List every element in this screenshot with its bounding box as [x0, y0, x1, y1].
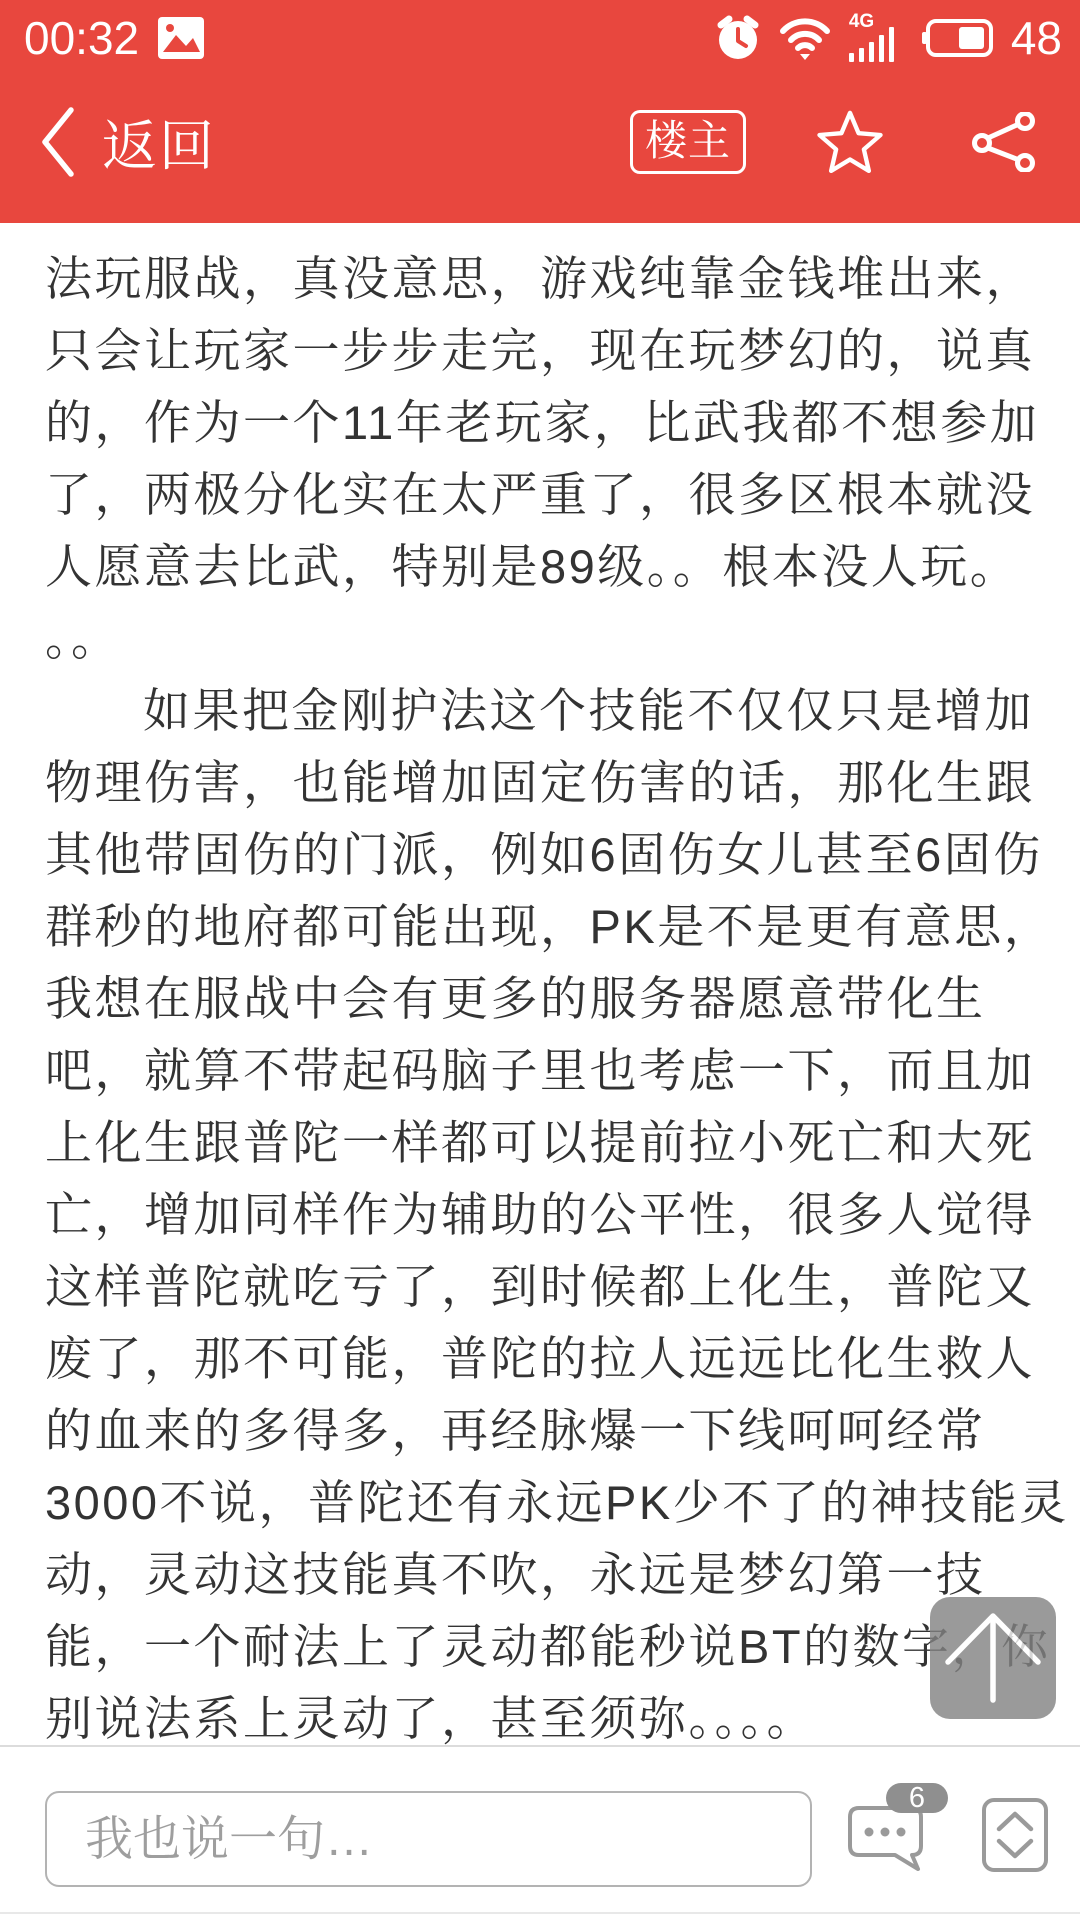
- post-text-line: 上化生跟普陀一样都可以提前拉小死亡和大死: [45, 1107, 1035, 1179]
- arrow-up-icon: [938, 1610, 1048, 1706]
- post-text-line: 其他带固伤的门派，例如6固伤女儿甚至6固伤: [45, 819, 1035, 891]
- status-icons: 4G 48: [715, 12, 1062, 64]
- back-to-top-button[interactable]: [930, 1597, 1056, 1719]
- reply-bar: 6: [0, 1745, 1080, 1920]
- post-text-line: 人愿意去比武，特别是89级。。根本没人玩。: [45, 531, 1035, 603]
- star-icon: [816, 109, 884, 175]
- comment-count-badge: 6: [886, 1783, 948, 1813]
- post-text-line: 只会让玩家一步步走完，现在玩梦幻的，说真: [45, 315, 1035, 387]
- signal-bars: [849, 27, 894, 62]
- post-text-line: 物理伤害，也能增加固定伤害的话，那化生跟: [45, 747, 1035, 819]
- favorite-button[interactable]: [816, 109, 884, 175]
- post-text-line: 的，作为一个11年老玩家，比武我都不想参加: [45, 387, 1035, 459]
- post-text-line: 废了，那不可能，普陀的拉人远远比化生救人: [45, 1323, 1035, 1395]
- page-nav-button[interactable]: [982, 1798, 1048, 1872]
- speech-bubble-icon: [848, 1805, 926, 1873]
- post-text-line: 亡，增加同样作为辅助的公平性，很多人觉得: [45, 1179, 1035, 1251]
- author-only-badge[interactable]: 楼主: [630, 110, 746, 174]
- share-button[interactable]: [972, 112, 1038, 172]
- share-icon: [972, 112, 1038, 172]
- post-text-line: 3000不说，普陀还有永远PK少不了的神技能灵: [45, 1467, 1035, 1539]
- header: 00:32: [0, 0, 1080, 223]
- signal-icon: 4G: [849, 12, 903, 64]
- post-text-line: 群秒的地府都可能出现，PK是不是更有意思，: [45, 891, 1035, 963]
- gallery-icon: [157, 16, 205, 60]
- back-label[interactable]: 返回: [102, 102, 216, 181]
- status-bar: 00:32: [0, 0, 1080, 70]
- post-body: 法玩服战，真没意思，游戏纯靠金钱堆出来，只会让玩家一步步走完，现在玩梦幻的，说真…: [0, 223, 1080, 1755]
- chevron-up-down-icon: [982, 1798, 1048, 1872]
- post-text-line: 法玩服战，真没意思，游戏纯靠金钱堆出来，: [45, 243, 1035, 315]
- reply-input[interactable]: [45, 1791, 812, 1887]
- post-text-line: 我想在服战中会有更多的服务器愿意带化生: [45, 963, 1035, 1035]
- post-text-line: 了，两极分化实在太严重了，很多区根本就没: [45, 459, 1035, 531]
- battery-percent: 48: [1011, 15, 1062, 61]
- bottom-hairline: [0, 1912, 1080, 1914]
- post-text-line: 动，灵动这技能真不吹，永远是梦幻第一技: [45, 1539, 1035, 1611]
- status-time: 00:32: [24, 15, 139, 61]
- battery-icon: [921, 19, 993, 57]
- post-text-line: 的血来的多得多，再经脉爆一下线呵呵经常: [45, 1395, 1035, 1467]
- forum-post-screen: 00:32: [0, 0, 1080, 1920]
- alarm-icon: [715, 14, 761, 62]
- post-text-line: 这样普陀就吃亏了，到时候都上化生，普陀又: [45, 1251, 1035, 1323]
- post-text-line: 能，一个耐法上了灵动都能秒说BT的数字，你: [45, 1611, 1035, 1683]
- back-button[interactable]: [38, 106, 76, 178]
- comments-button[interactable]: [848, 1805, 926, 1873]
- nav-bar: 返回 楼主: [0, 70, 1080, 223]
- post-text-line: 吧，就算不带起码脑子里也考虑一下，而且加: [45, 1035, 1035, 1107]
- post-text-line: 。。: [45, 603, 1035, 675]
- wifi-icon: [779, 16, 831, 60]
- post-text-line: 如果把金刚护法这个技能不仅仅只是增加: [45, 675, 1035, 747]
